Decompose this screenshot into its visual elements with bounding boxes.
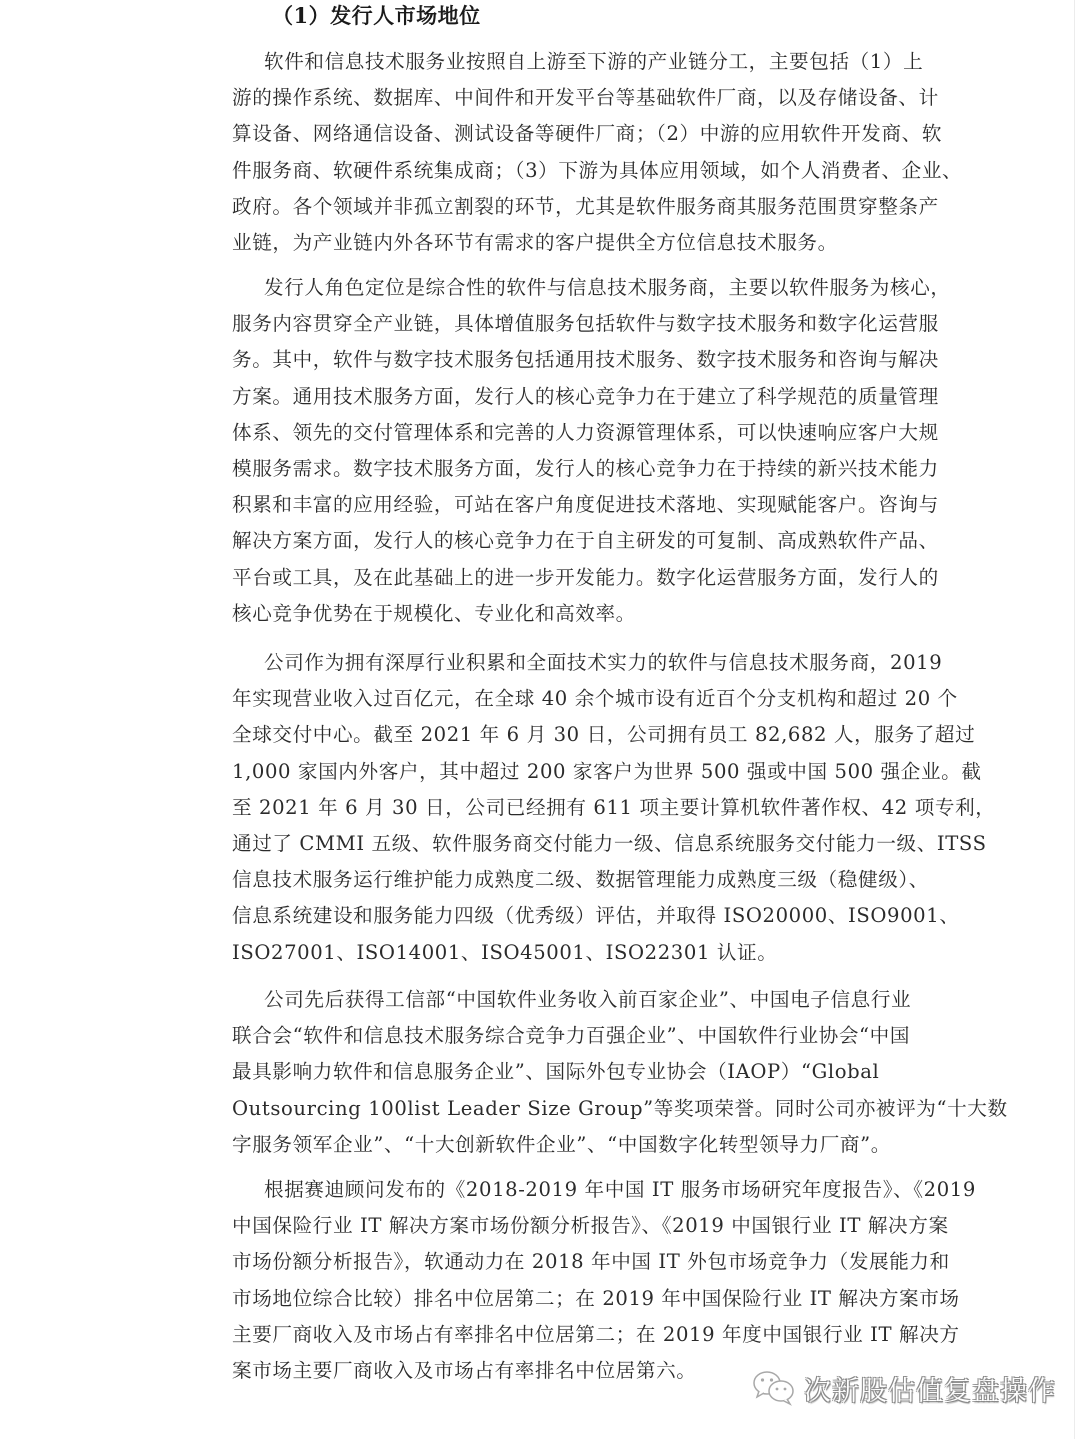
text-line: Outsourcing 100list Leader Size Group”等奖… xyxy=(232,1091,878,1127)
text-line: 体系、领先的交付管理体系和完善的人力资源管理体系，可以快速响应客户大规 xyxy=(232,415,878,451)
text-line: 业链，为产业链内外各环节有需求的客户提供全方位信息技术服务。 xyxy=(232,225,878,261)
paragraph: 根据赛迪顾问发布的《2018-2019 年中国 IT 服务市场研究年度报告》、《… xyxy=(232,1172,878,1389)
text-line: 平台或工具，及在此基础上的进一步开发能力。数字化运营服务方面，发行人的 xyxy=(232,560,878,596)
text-line: 1,000 家国内外客户，其中超过 200 家客户为世界 500 强或中国 50… xyxy=(232,754,878,790)
text-line: 市场份额分析报告》，软通动力在 2018 年中国 IT 外包市场竞争力（发展能力… xyxy=(232,1244,878,1280)
text-line: 主要厂商收入及市场占有率排名中位居第二；在 2019 年度中国银行业 IT 解决… xyxy=(232,1317,878,1353)
text-line: 游的操作系统、数据库、中间件和开发平台等基础软件厂商，以及存储设备、计 xyxy=(232,80,878,116)
text-line: 公司作为拥有深厚行业积累和全面技术实力的软件与信息技术服务商，2019 xyxy=(232,645,878,681)
section-heading: （1）发行人市场地位 xyxy=(232,0,918,34)
text-line: 积累和丰富的应用经验，可站在客户角度促进技术落地、实现赋能客户。咨询与 xyxy=(232,487,878,523)
text-line: 市场地位综合比较）排名中位居第二；在 2019 年中国保险行业 IT 解决方案市… xyxy=(232,1281,878,1317)
text-line: 字服务领军企业”、“十大创新软件企业”、“中国数字化转型领导力厂商”。 xyxy=(232,1127,878,1163)
text-line: ISO27001、ISO14001、ISO45001、ISO22301 认证。 xyxy=(232,935,878,971)
text-line: 模服务需求。数字技术服务方面，发行人的核心竞争力在于持续的新兴技术能力 xyxy=(232,451,878,487)
text-line: 信息技术服务运行维护能力成熟度二级、数据管理能力成熟度三级（稳健级）、 xyxy=(232,862,878,898)
paragraph: 公司作为拥有深厚行业积累和全面技术实力的软件与信息技术服务商，2019年实现营业… xyxy=(232,645,878,971)
text-line: 至 2021 年 6 月 30 日，公司已经拥有 611 项主要计算机软件著作权… xyxy=(232,790,878,826)
text-line: 联合会“软件和信息技术服务综合竞争力百强企业”、中国软件行业协会“中国 xyxy=(232,1018,878,1054)
paragraph: 发行人角色定位是综合性的软件与信息技术服务商，主要以软件服务为核心，服务内容贯穿… xyxy=(232,270,878,632)
text-line: 算设备、网络通信设备、测试设备等硬件厂商；（2）中游的应用软件开发商、软 xyxy=(232,116,878,152)
text-line: 通过了 CMMI 五级、软件服务商交付能力一级、信息系统服务交付能力一级、ITS… xyxy=(232,826,878,862)
watermark-text: 次新股估值复盘操作 xyxy=(804,1369,1056,1408)
wechat-icon xyxy=(752,1370,796,1406)
paragraph: 软件和信息技术服务业按照自上游至下游的产业链分工，主要包括（1）上游的操作系统、… xyxy=(232,44,878,261)
text-line: 公司先后获得工信部“中国软件业务收入前百家企业”、中国电子信息行业 xyxy=(232,982,878,1018)
text-line: 核心竞争优势在于规模化、专业化和高效率。 xyxy=(232,596,878,632)
text-line: 件服务商、软硬件系统集成商；（3）下游为具体应用领域，如个人消费者、企业、 xyxy=(232,153,878,189)
paragraph: 公司先后获得工信部“中国软件业务收入前百家企业”、中国电子信息行业联合会“软件和… xyxy=(232,982,878,1163)
page-edge-divider xyxy=(1074,0,1075,1439)
text-line: 方案。通用技术服务方面，发行人的核心竞争力在于建立了科学规范的质量管理 xyxy=(232,379,878,415)
text-line: 政府。各个领域并非孤立割裂的环节，尤其是软件服务商其服务范围贯穿整条产 xyxy=(232,189,878,225)
document-page: （1）发行人市场地位 软件和信息技术服务业按照自上游至下游的产业链分工，主要包括… xyxy=(0,0,1080,1439)
text-line: 务。其中，软件与数字技术服务包括通用技术服务、数字技术服务和咨询与解决 xyxy=(232,342,878,378)
text-line: 根据赛迪顾问发布的《2018-2019 年中国 IT 服务市场研究年度报告》、《… xyxy=(232,1172,878,1208)
wechat-watermark: 次新股估值复盘操作 xyxy=(752,1368,1056,1408)
text-line: 全球交付中心。截至 2021 年 6 月 30 日，公司拥有员工 82,682 … xyxy=(232,717,878,753)
text-line: 信息系统建设和服务能力四级（优秀级）评估，并取得 ISO20000、ISO900… xyxy=(232,898,878,934)
text-line: 年实现营业收入过百亿元，在全球 40 余个城市设有近百个分支机构和超过 20 个 xyxy=(232,681,878,717)
text-line: 解决方案方面，发行人的核心竞争力在于自主研发的可复制、高成熟软件产品、 xyxy=(232,523,878,559)
text-line: 软件和信息技术服务业按照自上游至下游的产业链分工，主要包括（1）上 xyxy=(232,44,878,80)
text-line: 发行人角色定位是综合性的软件与信息技术服务商，主要以软件服务为核心， xyxy=(232,270,878,306)
text-line: 最具影响力软件和信息服务企业”、国际外包专业协会（IAOP）“Global xyxy=(232,1054,878,1090)
text-line: 服务内容贯穿全产业链，具体增值服务包括软件与数字技术服务和数字化运营服 xyxy=(232,306,878,342)
text-line: 中国保险行业 IT 解决方案市场份额分析报告》、《2019 中国银行业 IT 解… xyxy=(232,1208,878,1244)
